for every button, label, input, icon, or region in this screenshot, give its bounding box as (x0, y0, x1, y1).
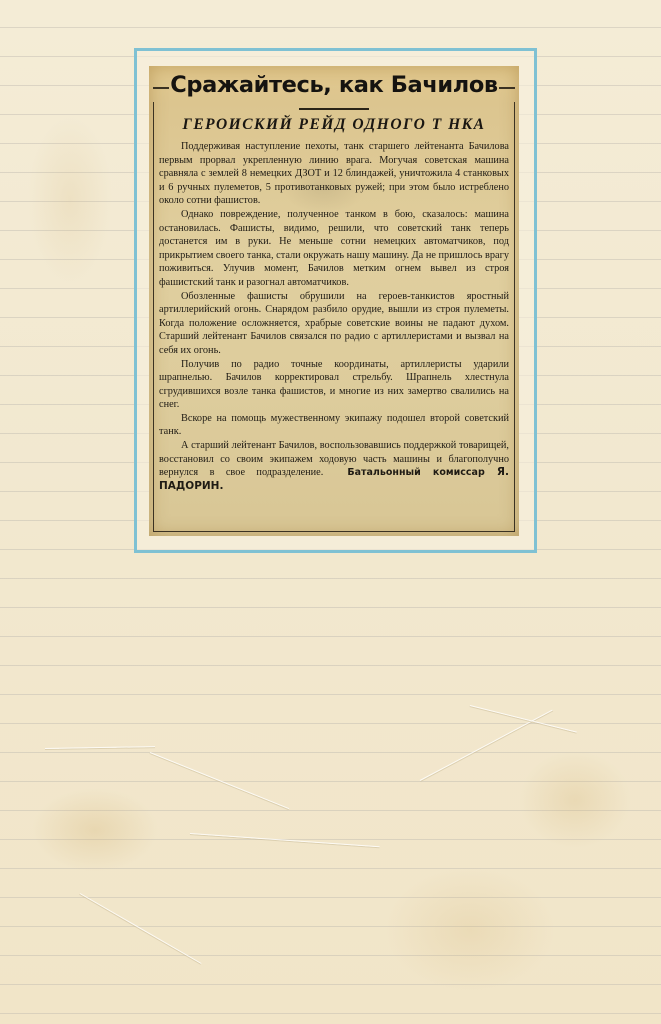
paper-crease (80, 893, 202, 964)
article-paragraph: Обозленные фашисты обрушили на героев-та… (159, 290, 509, 358)
article-paragraph: Получив по радио точные координаты, арти… (159, 358, 509, 412)
article-paragraph-last: А старший лейтенант Бачилов, воспользова… (159, 439, 509, 493)
article-paragraph: Однако повреждение, полученное танком в … (159, 208, 509, 290)
paper-crease (45, 746, 155, 749)
paper-crease (150, 752, 289, 809)
signature-title: Батальонный комиссар (347, 467, 484, 478)
article-paragraph: Поддерживая наступление пехоты, танк ста… (159, 140, 509, 208)
notebook-page: Сражайтесь, как Бачилов ГЕРОИСКИЙ РЕЙД О… (0, 0, 661, 1024)
paper-crease (190, 833, 380, 847)
article-body: Поддерживая наступление пехоты, танк ста… (159, 140, 509, 493)
paper-crease (470, 705, 577, 733)
headline: Сражайтесь, как Бачилов (149, 72, 519, 98)
subheadline: ГЕРОИСКИЙ РЕЙД ОДНОГО Т НКА (149, 116, 519, 134)
article-paragraph: Вскоре на помощь мужественному экипажу п… (159, 412, 509, 439)
newspaper-clipping: Сражайтесь, как Бачилов ГЕРОИСКИЙ РЕЙД О… (149, 66, 519, 536)
headline-separator (299, 108, 369, 110)
